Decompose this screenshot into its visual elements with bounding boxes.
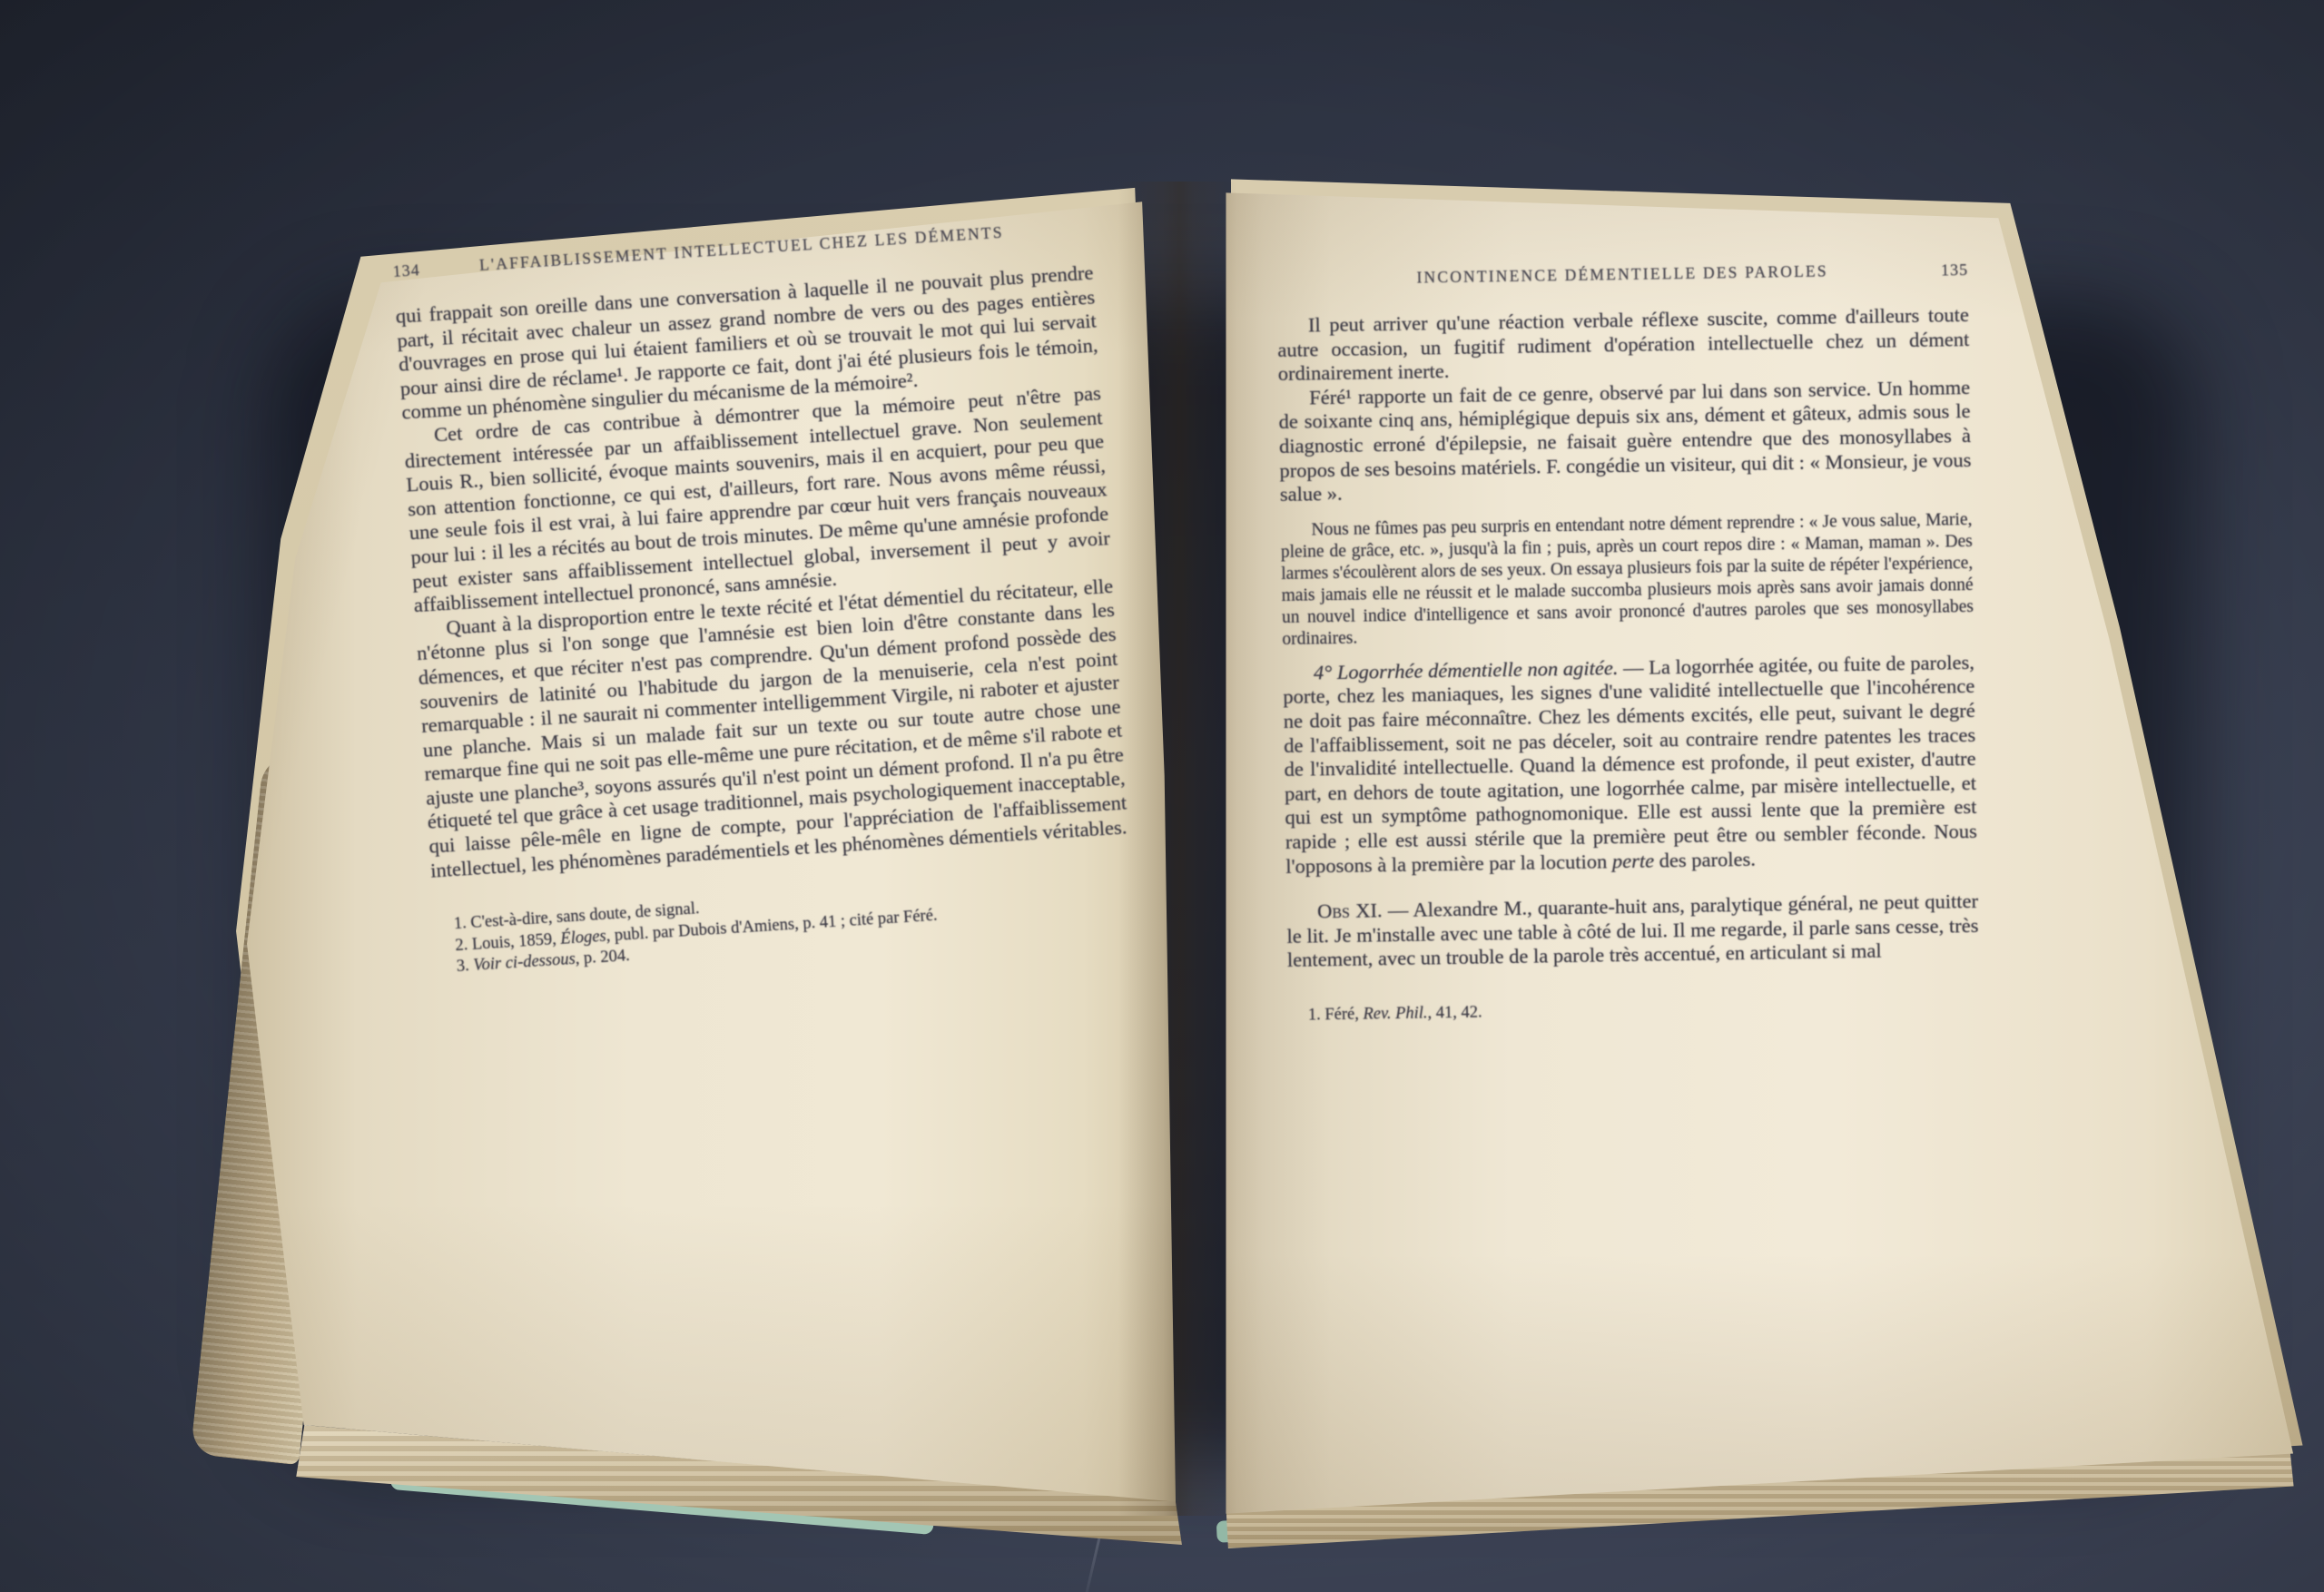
right-paragraph-intro: Il peut arriver qu'une réaction verbale … (1277, 303, 1970, 387)
footnote-2-work-title: Éloges (560, 927, 607, 948)
right-section-logorrhee: 4° Logorrhée démentielle non agitée. — L… (1283, 651, 1978, 879)
footnote-3-post: , p. 204. (575, 947, 630, 968)
photo-scene: 134 L'AFFAIBLISSEMENT INTELLECTUEL CHEZ … (0, 0, 2324, 1592)
left-paragraph-disproportion: Quant à la disproportion entre le texte … (415, 575, 1129, 883)
left-page-text: 134 L'AFFAIBLISSEMENT INTELLECTUEL CHEZ … (392, 218, 1135, 980)
footnote-3-pre: 3. (456, 957, 474, 976)
section-emphasis-perte: perte (1612, 849, 1655, 872)
obs-label: Obs XI. (1317, 899, 1383, 922)
book-gutter-shadow (1118, 182, 1236, 1516)
right-quote-block: Nous ne fûmes pas peu surpris en entenda… (1280, 509, 1974, 651)
open-book: 134 L'AFFAIBLISSEMENT INTELLECTUEL CHEZ … (0, 0, 2324, 1592)
right-footnote-post: , 41, 42. (1427, 1003, 1482, 1022)
section-body-2: des paroles. (1654, 847, 1756, 871)
right-footnote-journal: Rev. Phil. (1363, 1004, 1427, 1023)
section-heading-italic: 4° Logorrhée démentielle non agitée. (1314, 656, 1619, 683)
right-page-text: INCONTINENCE DÉMENTIELLE DES PAROLES 135… (1276, 260, 1980, 1027)
left-page-number: 134 (392, 260, 420, 281)
right-body: Il peut arriver qu'une réaction verbale … (1277, 303, 1979, 973)
section-dash: — (1618, 655, 1649, 679)
right-paragraph-fere-case: Féré¹ rapporte un fait de ce genre, obse… (1278, 376, 1972, 507)
left-body: qui frappait son oreille dans une conver… (395, 261, 1129, 883)
right-page-number: 135 (1941, 260, 1968, 280)
footnote-3-reference: Voir ci-dessous (473, 950, 576, 975)
right-observation-xi: Obs XI. — Alexandre M., quarante-huit an… (1286, 889, 1979, 973)
section-body-1: La logorrhée agitée, ou fuite de paroles… (1283, 651, 1977, 878)
right-footnote-pre: 1. Féré, (1308, 1005, 1364, 1024)
obs-dash: — (1382, 899, 1413, 922)
